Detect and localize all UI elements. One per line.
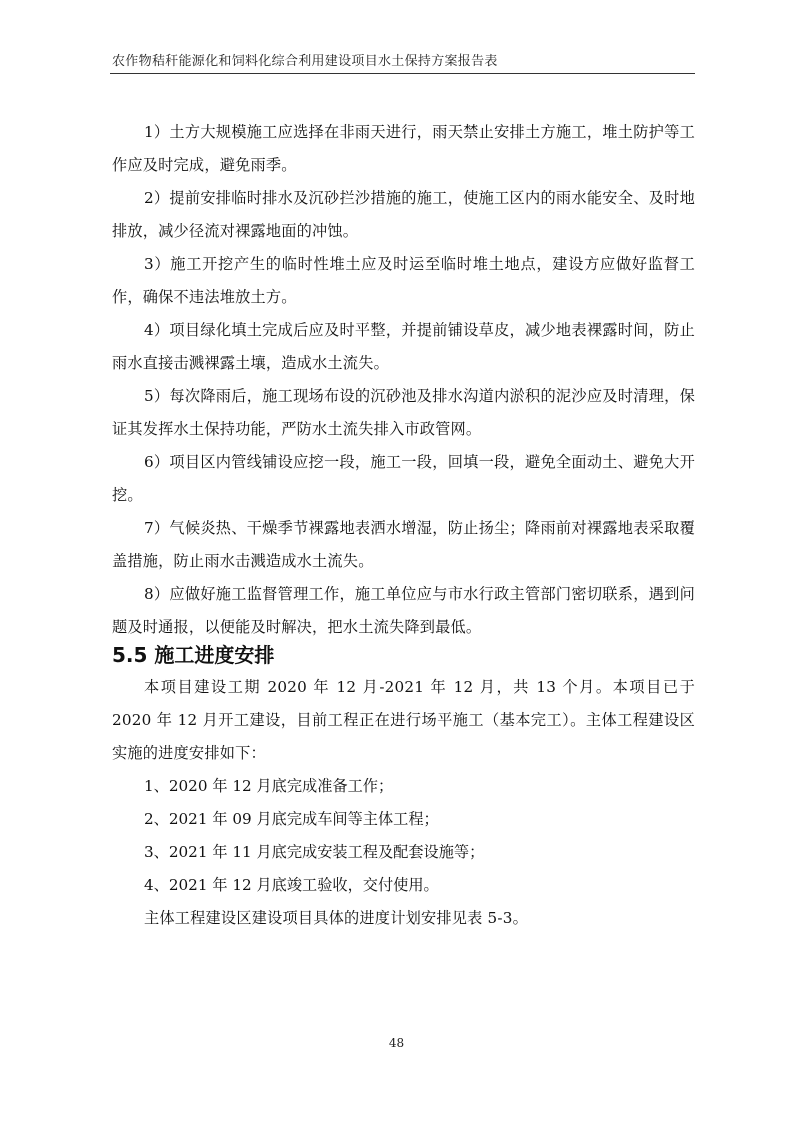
running-header: 农作物秸秆能源化和饲料化综合利用建设项目水土保持方案报告表	[112, 50, 696, 69]
measure-paragraph-5: 5）每次降雨后，施工现场布设的沉砂池及排水沟道内淤积的泥沙应及时清理，保证其发挥…	[112, 380, 695, 446]
page-body: 1）土方大规模施工应选择在非雨天进行，雨天禁止安排土方施工，堆土防护等工作应及时…	[112, 116, 695, 935]
measure-paragraph-8: 8）应做好施工监督管理工作，施工单位应与市水行政主管部门密切联系，遇到问题及时通…	[112, 578, 695, 644]
measure-paragraph-1: 1）土方大规模施工应选择在非雨天进行，雨天禁止安排土方施工，堆土防护等工作应及时…	[112, 116, 695, 182]
page-number: 48	[0, 1036, 793, 1050]
section-heading: 5.5 施工进度安排	[112, 640, 695, 670]
measure-paragraph-3: 3）施工开挖产生的临时性堆土应及时运至临时堆土地点，建设方应做好监督工作，确保不…	[112, 248, 695, 314]
measure-paragraph-4: 4）项目绿化填土完成后应及时平整，并提前铺设草皮，减少地表裸露时间，防止雨水直接…	[112, 314, 695, 380]
section-intro: 本项目建设工期 2020 年 12 月-2021 年 12 月，共 13 个月。…	[112, 671, 695, 770]
schedule-item-4: 4、2021 年 12 月底竣工验收，交付使用。	[112, 869, 695, 902]
measure-paragraph-7: 7）气候炎热、干燥季节裸露地表洒水增湿，防止扬尘；降雨前对裸露地表采取覆盖措施，…	[112, 512, 695, 578]
measure-paragraph-2: 2）提前安排临时排水及沉砂拦沙措施的施工，使施工区内的雨水能安全、及时地排放，减…	[112, 182, 695, 248]
measure-paragraph-6: 6）项目区内管线铺设应挖一段，施工一段，回填一段，避免全面动土、避免大开挖。	[112, 446, 695, 512]
section-closing: 主体工程建设区建设项目具体的进度计划安排见表 5-3。	[112, 902, 695, 935]
schedule-item-2: 2、2021 年 09 月底完成车间等主体工程；	[112, 803, 695, 836]
schedule-item-3: 3、2021 年 11 月底完成安装工程及配套设施等；	[112, 836, 695, 869]
schedule-item-1: 1、2020 年 12 月底完成准备工作；	[112, 770, 695, 803]
header-divider	[110, 73, 695, 74]
